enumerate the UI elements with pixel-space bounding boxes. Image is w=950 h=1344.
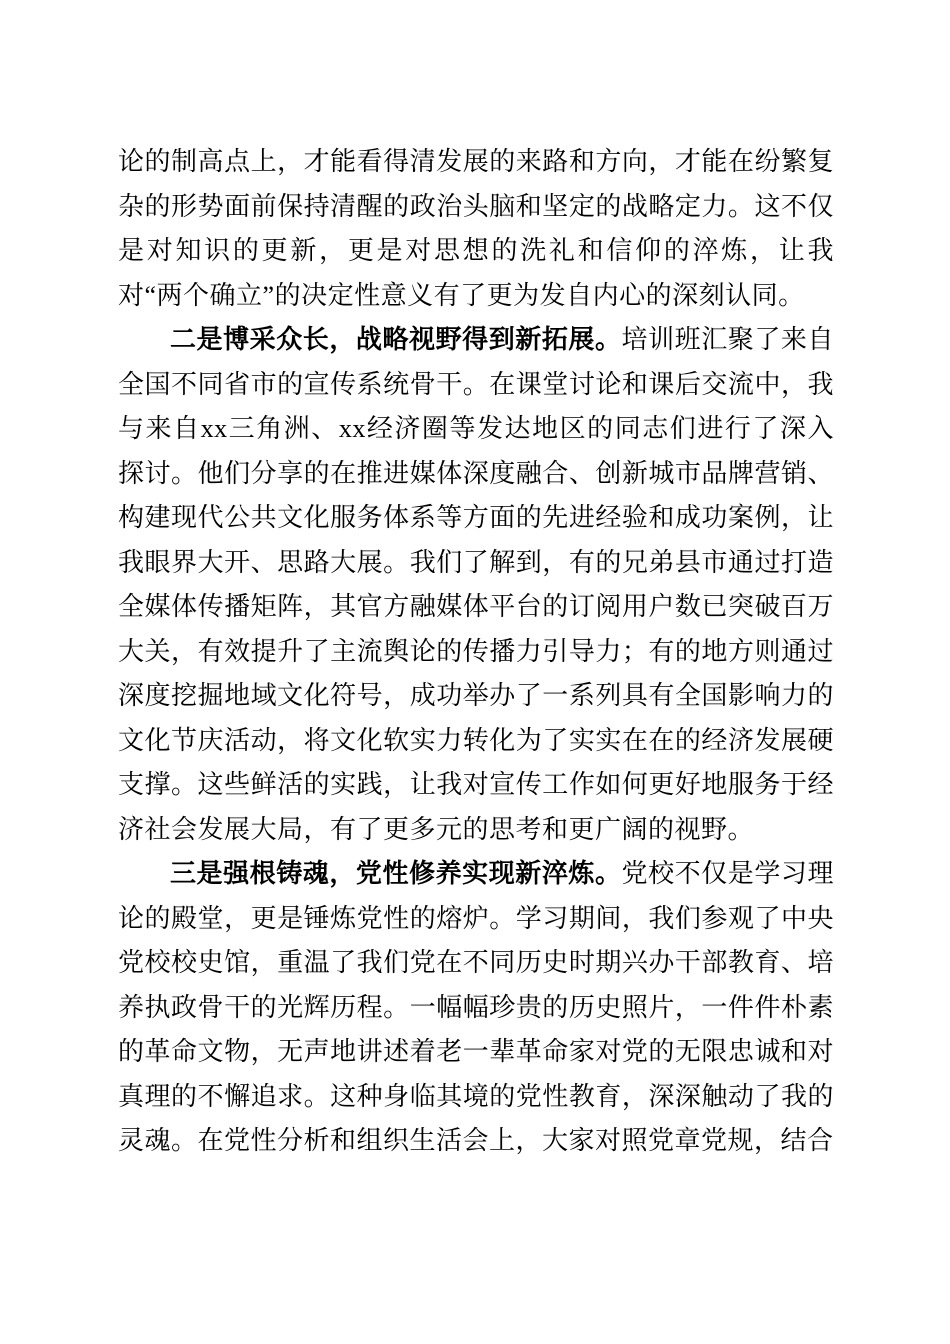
paragraph-lead: 二是博采众长，战略视野得到新拓展。 xyxy=(170,325,622,354)
paragraph: 论的制高点上，才能看得清发展的来路和方向，才能在纷繁复杂的形势面前保持清醒的政治… xyxy=(118,140,834,318)
paragraph-text: 党校不仅是学习理论的殿堂，更是锤炼党性的熔炉。学习期间，我们参观了中央党校校史馆… xyxy=(118,859,834,1155)
document-body: 论的制高点上，才能看得清发展的来路和方向，才能在纷繁复杂的形势面前保持清醒的政治… xyxy=(118,140,834,1164)
paragraph-text: 论的制高点上，才能看得清发展的来路和方向，才能在纷繁复杂的形势面前保持清醒的政治… xyxy=(118,147,834,310)
paragraph: 三是强根铸魂，党性修养实现新淬炼。党校不仅是学习理论的殿堂，更是锤炼党性的熔炉。… xyxy=(118,852,834,1164)
paragraph: 二是博采众长，战略视野得到新拓展。培训班汇聚了来自全国不同省市的宣传系统骨干。在… xyxy=(118,318,834,852)
paragraph-text: 培训班汇聚了来自全国不同省市的宣传系统骨干。在课堂讨论和课后交流中，我与来自xx… xyxy=(118,325,834,844)
paragraph-lead: 三是强根铸魂，党性修养实现新淬炼。 xyxy=(170,859,622,888)
document-page: 论的制高点上，才能看得清发展的来路和方向，才能在纷繁复杂的形势面前保持清醒的政治… xyxy=(0,0,950,1344)
